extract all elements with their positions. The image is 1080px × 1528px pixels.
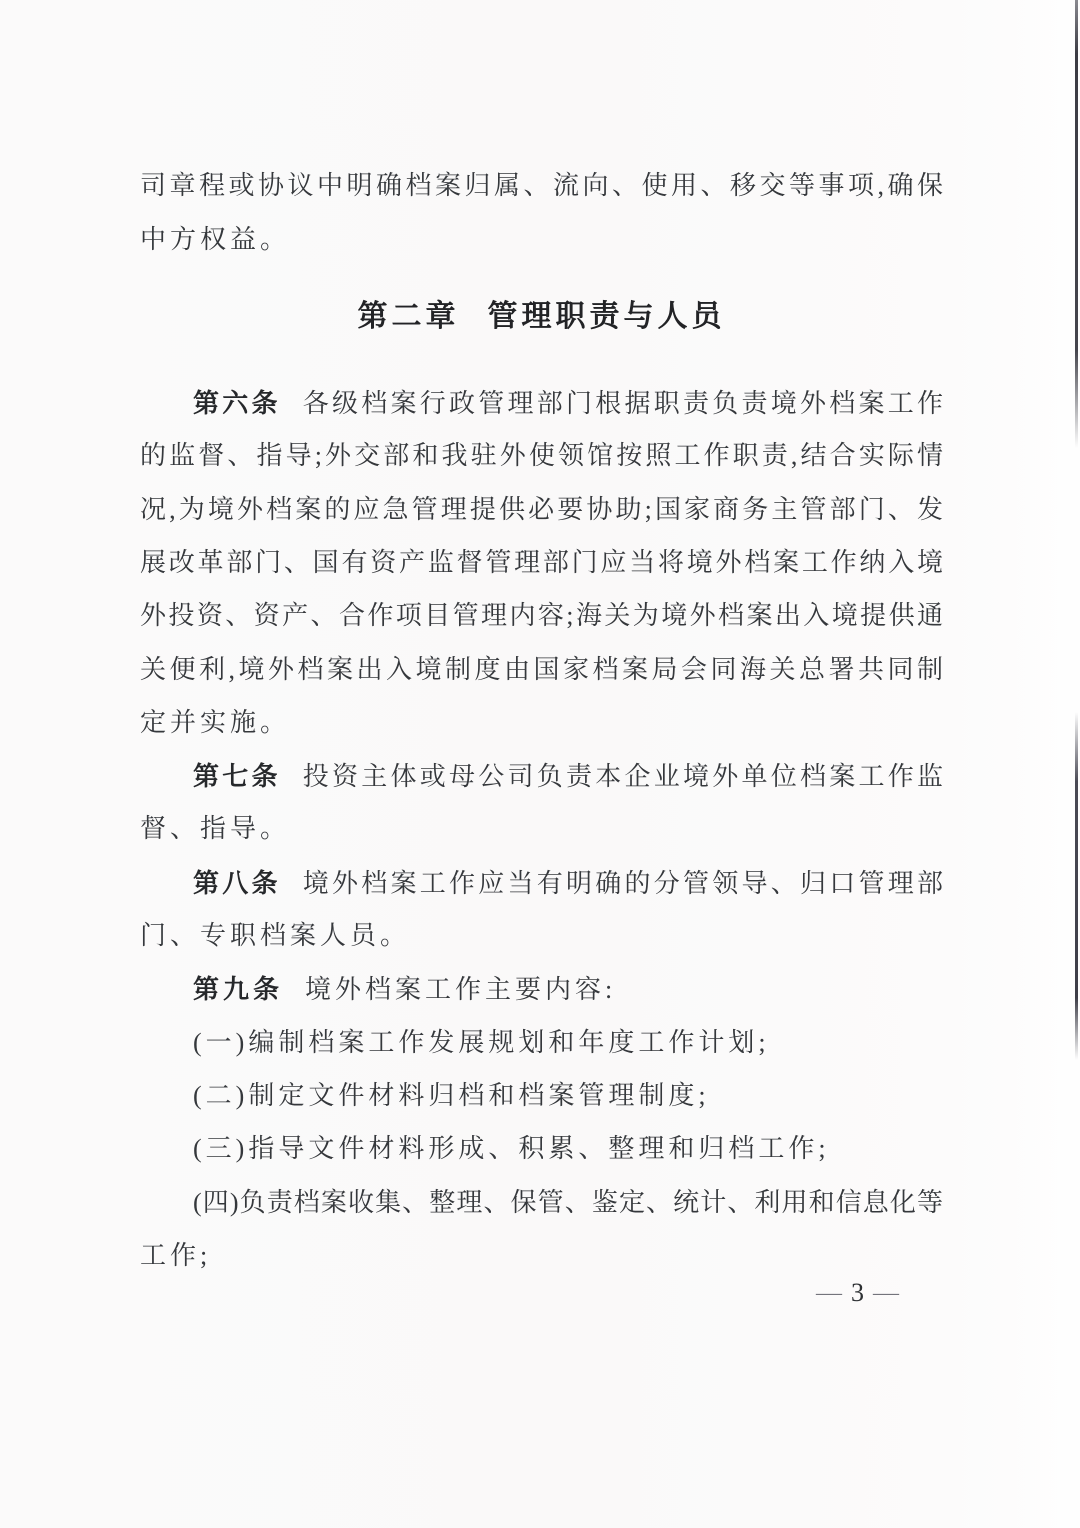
line-text: 各级档案行政管理部门根据职责负责境外档案工作	[303, 389, 943, 418]
line-text: 的监督、指导;外交部和我驻外使领馆按照工作职责,结合实际情	[140, 441, 943, 470]
article-number: 第七条	[193, 761, 281, 791]
line-text: 境外档案工作主要内容:	[305, 975, 616, 1004]
line-text: 定并实施。	[140, 708, 290, 737]
text-line: 工作;	[140, 1241, 943, 1271]
text-line: (一)编制档案工作发展规划和年度工作计划;	[140, 1028, 943, 1058]
article-number: 第九条	[193, 974, 283, 1004]
line-text: 关便利,境外档案出入境制度由国家档案局会同海关总署共同制	[140, 655, 943, 684]
line-text: 外投资、资产、合作项目管理内容;海关为境外档案出入境提供通	[140, 601, 943, 630]
footer-page-number: 3	[851, 1279, 864, 1307]
chapter-heading: 第二章管理职责与人员	[140, 298, 943, 336]
text-line: 展改革部门、国有资产监督管理部门应当将境外档案工作纳入境	[140, 548, 943, 578]
text-line: 定并实施。	[140, 708, 943, 738]
chapter-title: 管理职责与人员	[488, 300, 726, 333]
article-line: 第九条境外档案工作主要内容:	[140, 974, 943, 1005]
text-line: (三)指导文件材料形成、积累、整理和归档工作;	[140, 1134, 943, 1164]
line-text: 门、专职档案人员。	[140, 921, 410, 950]
line-text: 投资主体或母公司负责本企业境外单位档案工作监	[303, 762, 943, 791]
article-line: 第八条境外档案工作应当有明确的分管领导、归口管理部	[140, 868, 943, 899]
chapter-label: 第二章	[358, 300, 460, 333]
text-line: 司章程或协议中明确档案归属、流向、使用、移交等事项,确保	[140, 171, 943, 201]
text-line: 中方权益。	[140, 225, 943, 255]
line-text: 中方权益。	[140, 225, 290, 254]
line-text: (二)制定文件材料归档和档案管理制度;	[193, 1081, 710, 1110]
article-line: 第六条各级档案行政管理部门根据职责负责境外档案工作	[140, 388, 943, 419]
footer-dash-left: —	[816, 1280, 842, 1305]
page-footer: — 3 —	[816, 1279, 899, 1307]
line-text: 境外档案工作应当有明确的分管领导、归口管理部	[303, 869, 943, 898]
line-text: 况,为境外档案的应急管理提供必要协助;国家商务主管部门、发	[140, 495, 943, 524]
scan-artifact-line-top	[1075, 0, 1078, 448]
text-line: 督、指导。	[140, 814, 943, 844]
line-text: 展改革部门、国有资产监督管理部门应当将境外档案工作纳入境	[140, 548, 943, 577]
line-text: 督、指导。	[140, 814, 290, 843]
article-line: 第七条投资主体或母公司负责本企业境外单位档案工作监	[140, 761, 943, 792]
text-line: (四)负责档案收集、整理、保管、鉴定、统计、利用和信息化等	[140, 1188, 943, 1218]
footer-dash-right: —	[873, 1280, 899, 1305]
line-text: (一)编制档案工作发展规划和年度工作计划;	[193, 1028, 770, 1057]
scan-artifact-line-bottom	[1075, 712, 1078, 1060]
text-line: 关便利,境外档案出入境制度由国家档案局会同海关总署共同制	[140, 655, 943, 685]
text-line: 外投资、资产、合作项目管理内容;海关为境外档案出入境提供通	[140, 601, 943, 631]
text-line: 门、专职档案人员。	[140, 921, 943, 951]
line-text: (四)负责档案收集、整理、保管、鉴定、统计、利用和信息化等	[193, 1188, 943, 1217]
line-text: 工作;	[140, 1241, 211, 1270]
text-line: (二)制定文件材料归档和档案管理制度;	[140, 1081, 943, 1111]
line-text: 司章程或协议中明确档案归属、流向、使用、移交等事项,确保	[140, 171, 943, 200]
text-line: 的监督、指导;外交部和我驻外使领馆按照工作职责,结合实际情	[140, 441, 943, 471]
article-number: 第八条	[193, 868, 281, 898]
line-text: (三)指导文件材料形成、积累、整理和归档工作;	[193, 1134, 830, 1163]
document-page: 第二章管理职责与人员 司章程或协议中明确档案归属、流向、使用、移交等事项,确保中…	[0, 0, 1080, 1528]
article-number: 第六条	[193, 388, 281, 418]
text-line: 况,为境外档案的应急管理提供必要协助;国家商务主管部门、发	[140, 495, 943, 525]
